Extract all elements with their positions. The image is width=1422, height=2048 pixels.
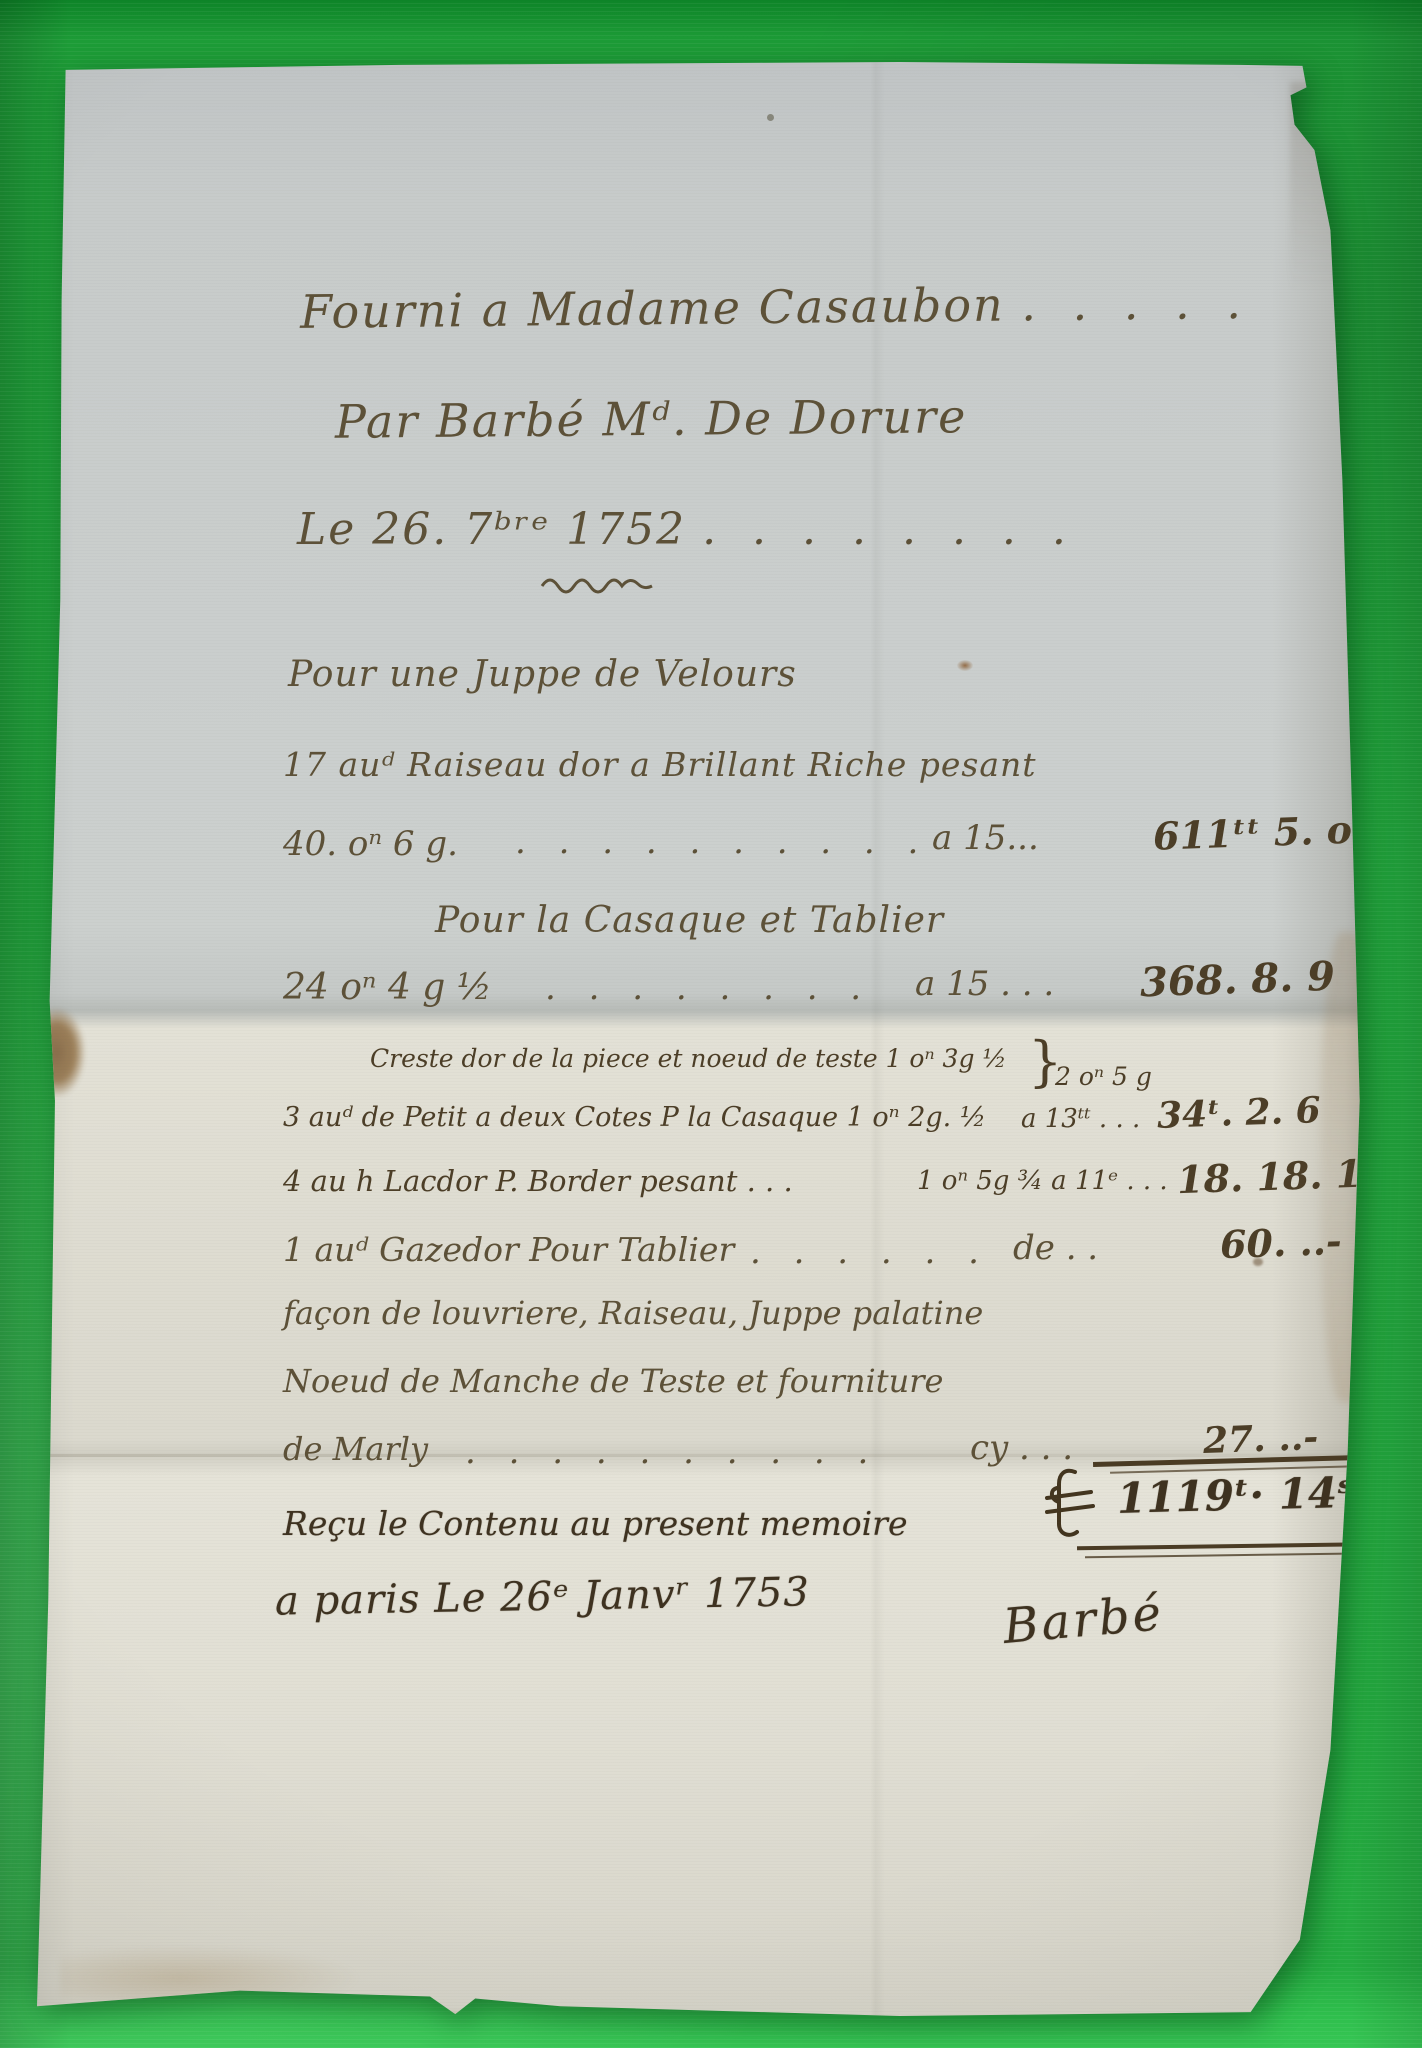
paper-texture-overlay	[35, 62, 1365, 2018]
total-amount: 1119ᵗ· 14ˢ 4ᵈ	[1116, 1466, 1419, 1523]
item3-amount: 368. 8. 9	[1139, 953, 1335, 1007]
date-line: Le 26. 7ᵇʳᵉ 1752 . . . . . . . .	[297, 504, 1068, 555]
item5-desc: 3 auᵈ de Petit a deux Cotes P la Casaque…	[283, 1102, 986, 1133]
item1-desc: 17 auᵈ Raiseau dor a Brillant Riche pesa…	[283, 745, 1037, 784]
stain-left-fold	[25, 990, 105, 1115]
item2-qty: 40. oⁿ 6 g.	[283, 824, 458, 864]
bill-title-line1: Fourni a Madame Casaubon . . . . .	[300, 275, 1243, 339]
section-heading-juppe: Pour une Juppe de Velours	[288, 654, 797, 695]
stain-top-right-corner	[1290, 82, 1350, 292]
item7-amount: 60. ..-	[1219, 1218, 1342, 1267]
livre-tournois-icon	[1045, 1464, 1097, 1540]
bill-title-text: Fourni a Madame Casaubon	[300, 278, 1005, 339]
date-flourish	[540, 574, 680, 594]
place-date-line: a paris Le 26ᵉ Janvʳ 1753	[275, 1569, 811, 1624]
item5-rate: a 13ᵗᵗ . . .	[1021, 1104, 1140, 1134]
receipt-note: Reçu le Contenu au present memoire	[283, 1504, 908, 1543]
item4-note: 2 oⁿ 5 g	[1055, 1062, 1152, 1091]
item5-amount: 34ᵗ. 2. 6	[1156, 1089, 1321, 1137]
item6-amount: 18. 18. 1	[1176, 1151, 1363, 1202]
item7-dot-leader: . . . . . .	[750, 1232, 981, 1272]
section-heading-casaque: Pour la Casaque et Tablier	[435, 900, 944, 941]
facon-line2: Noeud de Manche de Teste et fourniture	[283, 1362, 943, 1400]
stain-bottom-notch	[420, 2010, 490, 2044]
supplier-line: Par Barbé Mᵈ. De Dorure	[335, 389, 968, 449]
item4-desc: Creste dor de la piece et noeud de teste…	[370, 1044, 1007, 1073]
item7-desc: 1 auᵈ Gazedor Pour Tablier	[283, 1230, 734, 1269]
total-bottom-rule-thin	[1085, 1552, 1407, 1558]
item2-amount: 611ᵗᵗ 5. o-	[1152, 806, 1368, 858]
item6-desc: 4 au h Lacdor P. Border pesant . . .	[283, 1164, 793, 1198]
title-dot-leader: . . . . .	[1021, 275, 1243, 331]
item7-rate: de . .	[1013, 1228, 1098, 1268]
item2-dot-leader: . . . . . . . . . .	[515, 822, 920, 862]
item2-rate: a 15...	[932, 818, 1039, 858]
manuscript-paper: Fourni a Madame Casaubon . . . . . Par B…	[35, 62, 1365, 2018]
item8-cy: cy . . .	[970, 1428, 1073, 1468]
facon-line1: façon de louvriere, Raiseau, Juppe palat…	[283, 1294, 983, 1332]
stain-speck	[767, 114, 774, 121]
date-text: Le 26. 7ᵇʳᵉ 1752	[297, 504, 686, 555]
date-dot-leader: . . . . . . . .	[702, 504, 1068, 555]
item6-weight: 1 oⁿ 5g ¾ a 11ᵉ . . .	[917, 1166, 1168, 1196]
stain-speck	[957, 660, 973, 671]
item3-rate: a 15 . . .	[915, 964, 1054, 1004]
item3-dot-leader: . . . . . . . .	[545, 968, 863, 1008]
total-bottom-rule	[1077, 1542, 1407, 1551]
signature: Barbé	[1001, 1585, 1166, 1655]
stain-bottom-left	[60, 1934, 460, 2014]
item3-qty: 24 oⁿ 4 g ½	[283, 967, 492, 1008]
item8-amount: 27. ..-	[1202, 1416, 1319, 1462]
item8-dot-leader: . . . . . . . . . .	[465, 1432, 870, 1472]
item8-desc: de Marly	[283, 1430, 428, 1468]
manuscript-paper-wrap: Fourni a Madame Casaubon . . . . . Par B…	[35, 62, 1365, 2018]
